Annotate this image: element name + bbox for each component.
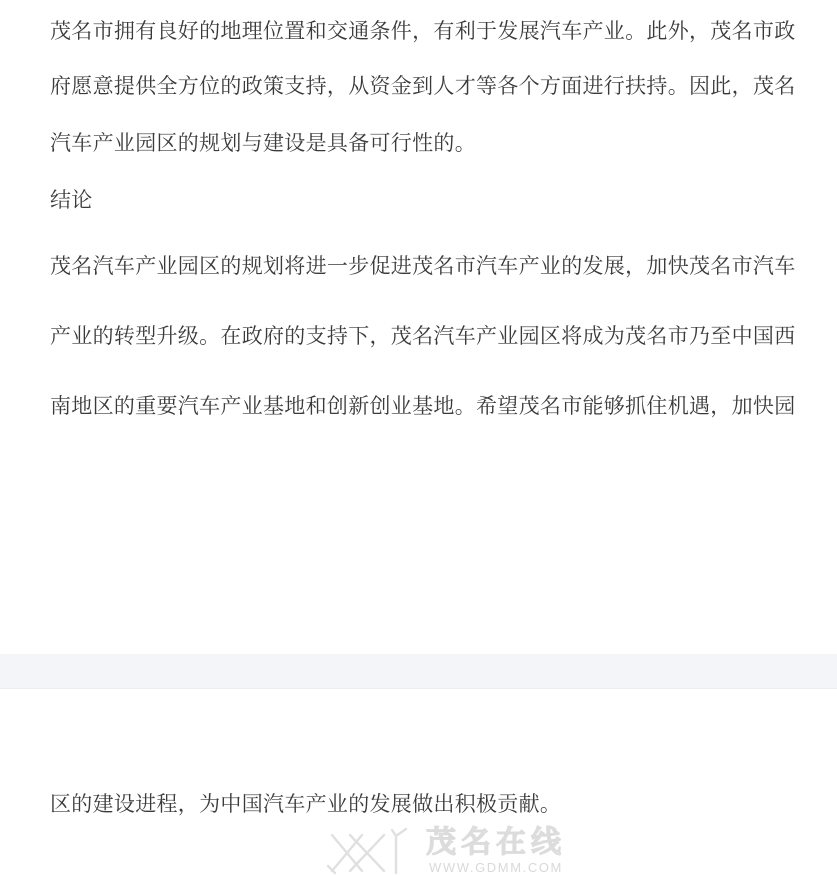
watermark-site-url: WWW.GDMM.COM	[429, 860, 563, 875]
watermark-site-name: 茂名在线	[426, 827, 566, 859]
section-heading: 结论	[50, 189, 93, 212]
watermark-text: 茂名在线 WWW.GDMM.COM	[426, 827, 566, 875]
paragraph-2-line-1: 茂名汽车产业园区的规划将进一步促进茂名市汽车产业的发展，加快茂名市汽车	[50, 255, 796, 278]
paragraph-1-line-1: 茂名市拥有良好的地理位置和交通条件，有利于发展汽车产业。此外，茂名市政	[50, 20, 796, 43]
paragraph-3-line-1: 区的建设进程，为中国汽车产业的发展做出积极贡献。	[50, 793, 561, 816]
gdmm-lattice-logo-icon	[326, 827, 416, 875]
paragraph-1-line-3: 汽车产业园区的规划与建设是具备可行性的。	[50, 132, 476, 155]
paragraph-2-line-3: 南地区的重要汽车产业基地和创新创业基地。希望茂名市能够抓住机遇，加快园	[50, 395, 796, 418]
paragraph-1-line-2: 府愿意提供全方位的政策支持，从资金到人才等各个方面进行扶持。因此，茂名	[50, 75, 796, 98]
paragraph-2-line-2: 产业的转型升级。在政府的支持下，茂名汽车产业园区将成为茂名市乃至中国西	[50, 325, 796, 348]
section-divider-band	[0, 654, 837, 689]
document-page: 茂名市拥有良好的地理位置和交通条件，有利于发展汽车产业。此外，茂名市政 府愿意提…	[0, 0, 837, 875]
site-watermark: 茂名在线 WWW.GDMM.COM	[326, 827, 566, 875]
